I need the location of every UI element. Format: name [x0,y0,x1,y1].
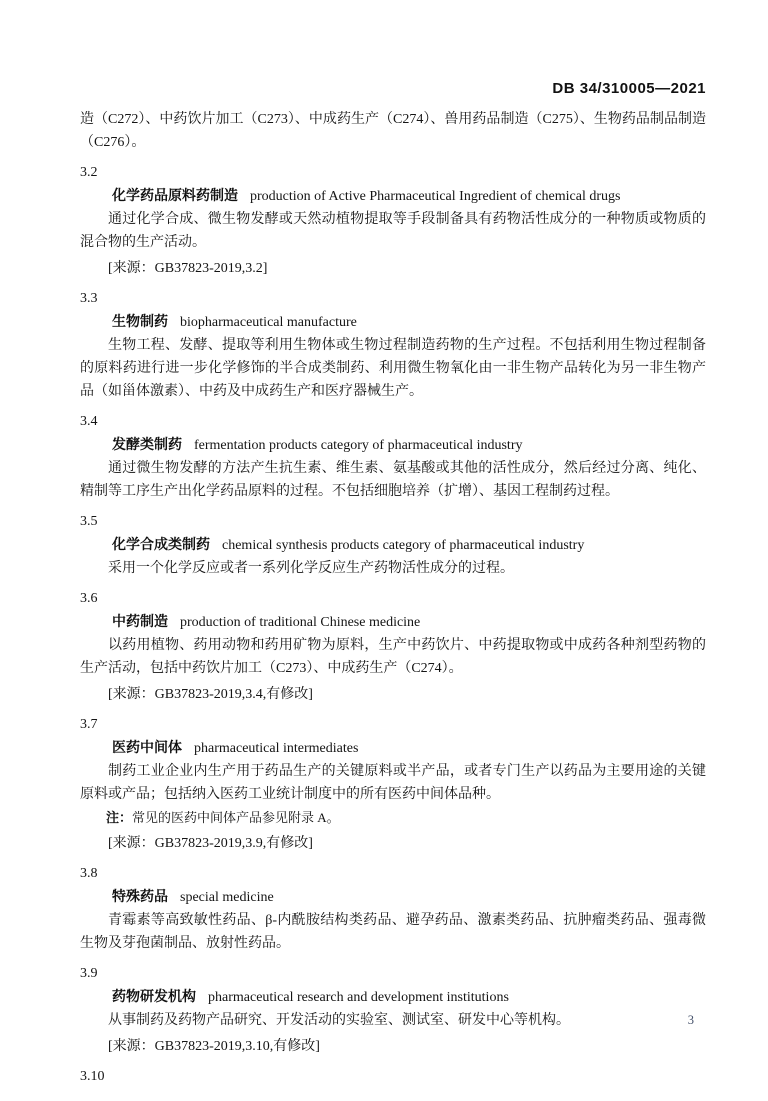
intro-continuation-paragraph: 造（C272）、中药饮片加工（C273）、中成药生产（C274）、兽用药品制造（… [80,108,706,154]
term-definition: 制药工业企业内生产用于药品生产的关键原料或半产品，或者专门生产以药品为主要用途的… [80,760,706,806]
term-english: pharmaceutical research and development … [208,990,509,1005]
term-definition: 通过微生物发酵的方法产生抗生素、维生素、氨基酸或其他的活性成分，然后经过分离、纯… [80,457,706,503]
term-chinese: 化学合成类制药 [112,536,210,552]
term-source: [来源：GB37823-2019,3.10,有修改] [80,1035,706,1058]
term-line: 医药中间体pharmaceutical intermediates [80,736,706,760]
term-chinese: 中药制造 [112,613,168,629]
term-line: 药物研发机构pharmaceutical research and develo… [80,985,706,1009]
section-number: 3.8 [80,862,706,885]
section-number: 3.6 [80,587,706,610]
term-english: production of traditional Chinese medici… [180,615,420,630]
term-chinese: 医药中间体 [112,739,182,755]
term-chinese: 药物研发机构 [112,988,196,1004]
section-number: 3.3 [80,287,706,310]
term-definition: 从事制药及药物产品研究、开发活动的实验室、测试室、研发中心等机构。 [80,1009,706,1032]
term-source: [来源：GB37823-2019,3.9,有修改] [80,832,706,855]
term-definition: 以药用植物、药用动物和药用矿物为原料，生产中药饮片、中药提取物或中成药各种剂型药… [80,634,706,680]
term-section: 3.5 化学合成类制药chemical synthesis products c… [80,510,706,580]
term-line: 特殊药品special medicine [80,885,706,909]
section-number: 3.7 [80,713,706,736]
page-number: 3 [688,1013,694,1028]
term-english: fermentation products category of pharma… [194,438,523,453]
term-section: 3.3 生物制药biopharmaceutical manufacture 生物… [80,287,706,403]
section-number: 3.10 [80,1065,706,1088]
section-number: 3.5 [80,510,706,533]
term-chinese: 化学药品原料药制造 [112,187,238,203]
term-note: 注：常见的医药中间体产品参见附录 A。 [80,806,706,829]
term-line: 发酵类制药fermentation products category of p… [80,433,706,457]
term-definition: 青霉素等高致敏性药品、β-内酰胺结构类药品、避孕药品、激素类药品、抗肿瘤类药品、… [80,909,706,955]
note-label: 注： [106,810,132,825]
term-definition: 生物工程、发酵、提取等利用生物体或生物过程制造药物的生产过程。不包括利用生物过程… [80,334,706,403]
document-code: DB 34/310005—2021 [552,80,706,97]
term-chinese: 特殊药品 [112,888,168,904]
term-chinese: 发酵类制药 [112,436,182,452]
term-chinese: 生物制药 [112,313,168,329]
document-body: 造（C272）、中药饮片加工（C273）、中成药生产（C274）、兽用药品制造（… [80,108,706,1088]
term-line: 中药制造production of traditional Chinese me… [80,610,706,634]
term-section: 3.9 药物研发机构pharmaceutical research and de… [80,962,706,1058]
term-section: 3.7 医药中间体pharmaceutical intermediates 制药… [80,713,706,855]
term-definition: 通过化学合成、微生物发酵或天然动植物提取等手段制备具有药物活性成分的一种物质或物… [80,208,706,254]
term-line: 生物制药biopharmaceutical manufacture [80,310,706,334]
note-text: 常见的医药中间体产品参见附录 A。 [132,810,340,825]
term-english: production of Active Pharmaceutical Ingr… [250,189,620,204]
section-number: 3.4 [80,410,706,433]
term-section: 3.4 发酵类制药fermentation products category … [80,410,706,503]
term-english: special medicine [180,890,274,905]
term-source: [来源：GB37823-2019,3.2] [80,257,706,280]
term-english: pharmaceutical intermediates [194,741,358,756]
term-section: 3.6 中药制造production of traditional Chines… [80,587,706,706]
term-section: 3.10 [80,1065,706,1088]
term-english: biopharmaceutical manufacture [180,315,357,330]
term-definition: 采用一个化学反应或者一系列化学反应生产药物活性成分的过程。 [80,557,706,580]
term-line: 化学合成类制药chemical synthesis products categ… [80,533,706,557]
term-section: 3.2 化学药品原料药制造production of Active Pharma… [80,161,706,280]
term-english: chemical synthesis products category of … [222,538,584,553]
term-source: [来源：GB37823-2019,3.4,有修改] [80,683,706,706]
term-line: 化学药品原料药制造production of Active Pharmaceut… [80,184,706,208]
section-number: 3.2 [80,161,706,184]
term-section: 3.8 特殊药品special medicine 青霉素等高致敏性药品、β-内酰… [80,862,706,955]
terms-sections: 3.2 化学药品原料药制造production of Active Pharma… [80,161,706,1088]
section-number: 3.9 [80,962,706,985]
